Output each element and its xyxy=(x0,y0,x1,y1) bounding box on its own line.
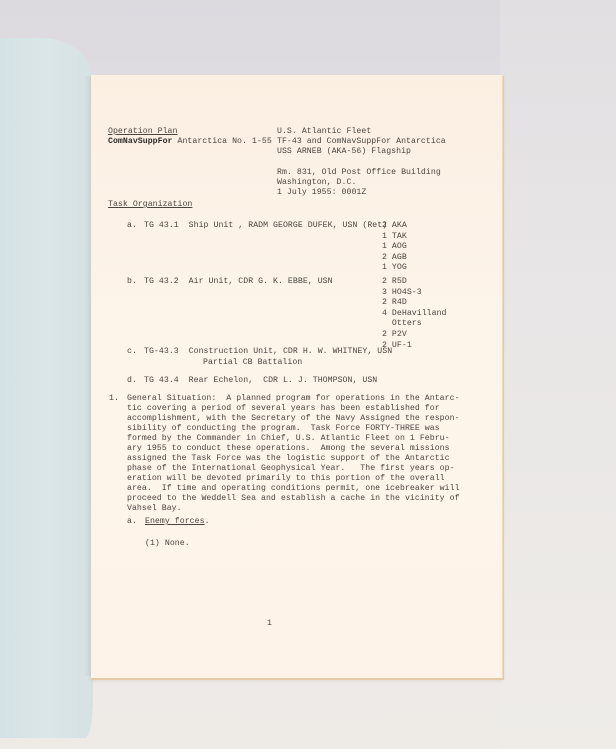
paragraph-line: proceed to the Weddell Sea and establish… xyxy=(127,494,460,504)
operation-plan-title: Operation Plan xyxy=(108,127,178,137)
task-group-asset: Otters xyxy=(382,319,422,329)
header-address-line: 1 July 1955: 0001Z xyxy=(277,188,366,198)
task-group-asset: 2 R4D xyxy=(382,298,407,308)
task-group-asset: 2 AGB xyxy=(382,253,407,263)
paragraph-line: area. If time and operating conditions p… xyxy=(127,484,460,494)
paragraph-line: sibility of conducting the program. Task… xyxy=(127,424,440,434)
plan-number: ComNavSuppFor Antarctica No. 1-55 xyxy=(108,137,272,147)
task-group-line: TG 43.1 Ship Unit , RADM GEORGE DUFEK, U… xyxy=(144,221,387,231)
task-group-asset: 2 R5D xyxy=(382,277,407,287)
subsection-letter: a. xyxy=(127,517,137,527)
task-group-asset: 2 P2V xyxy=(382,330,407,340)
task-group-letter: c. xyxy=(127,347,137,357)
task-group-letter: a. xyxy=(127,221,137,231)
paragraph-line: Vahsel Bay. xyxy=(127,504,182,514)
header-address-line: Rm. 831, Old Post Office Building xyxy=(277,168,441,178)
paragraph-line: tic covering a period of several years h… xyxy=(127,404,440,414)
enemy-forces-label: Enemy forces xyxy=(145,517,205,526)
task-group-letter: d. xyxy=(127,376,137,386)
paragraph-line: phase of the International Geophysical Y… xyxy=(127,464,455,474)
task-group-letter: b. xyxy=(127,277,137,287)
task-group-asset: 2 AKA xyxy=(382,221,407,231)
enemy-forces-item: (1) None. xyxy=(145,539,190,549)
plan-designation: Antarctica No. 1-55 xyxy=(173,137,272,146)
background xyxy=(500,0,616,749)
binder-cover xyxy=(0,38,93,738)
task-group-asset: 1 TAK xyxy=(382,232,407,242)
header-address-line: TF-43 and ComNavSuppFor Antarctica xyxy=(277,137,446,147)
paragraph-line: eration will be devoted primarily to thi… xyxy=(127,474,445,484)
task-group-line: TG-43.3 Construction Unit, CDR H. W. WHI… xyxy=(144,347,392,357)
task-group-asset: 1 YOG xyxy=(382,263,407,273)
header-address-line: Washington, D.C. xyxy=(277,178,356,188)
task-group-asset: 3 HO4S-3 xyxy=(382,288,422,298)
enemy-forces-heading: Enemy forces. xyxy=(145,517,210,527)
page-number: 1 xyxy=(267,619,272,629)
header-address-line: USS ARNEB (AKA-56) Flagship xyxy=(277,147,411,157)
paragraph-line: formed by the Commander in Chief, U.S. A… xyxy=(127,434,450,444)
document-page: Operation Plan ComNavSuppFor Antarctica … xyxy=(91,75,503,679)
task-group-subline: Partial CB Battalion xyxy=(203,358,302,368)
plan-command: ComNavSuppFor xyxy=(108,137,173,146)
task-group-asset: 4 DeHavilland xyxy=(382,309,447,319)
task-organization-heading: Task Organization xyxy=(108,200,192,210)
task-group-line: TG 43.2 Air Unit, CDR G. K. EBBE, USN xyxy=(144,277,333,287)
section-number: 1. xyxy=(109,394,119,404)
paragraph-line: accomplishment, with the Secretary of th… xyxy=(127,414,460,424)
task-group-line: TG 43.4 Rear Echelon, CDR L. J. THOMPSON… xyxy=(144,376,377,386)
enemy-forces-period: . xyxy=(205,517,210,526)
task-group-asset: 1 AOG xyxy=(382,242,407,252)
paragraph-line: General Situation: A planned program for… xyxy=(127,394,460,404)
paragraph-line: ary 1955 to conduct these operations. Am… xyxy=(127,444,450,454)
header-address-line: U.S. Atlantic Fleet xyxy=(277,127,371,137)
paragraph-line: assigned the Task Force was the logistic… xyxy=(127,454,450,464)
